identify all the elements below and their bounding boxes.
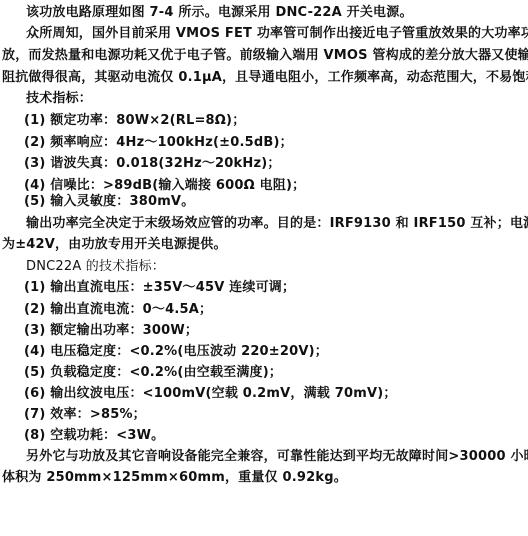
document-page: 该功放电路原理如图 7-4 所示。电源采用 DNC-22A 开关电源。 众所周知…: [0, 0, 528, 536]
paragraph-compat-line-1: 另外它与功放及其它音响设备能完全兼容，可靠性能达到平均无故障时间>30000 小…: [26, 447, 528, 467]
paragraph-intro: 该功放电路原理如图 7-4 所示。电源采用 DNC-22A 开关电源。: [26, 3, 413, 23]
paragraph-vmos-line-2: 放，而发热量和电源功耗又优于电子管。前级输入端用 VMOS 管构成的差分放大器又…: [2, 46, 528, 66]
spec-heading: 技术指标：: [26, 89, 92, 109]
paragraph-output-line-2: 为±42V，由功放专用开关电源提供。: [2, 235, 227, 255]
dnc-spec-item-7: (7) 效率：>85%；: [24, 405, 146, 425]
dnc-spec-item-1: (1) 输出直流电压：±35V～45V 连续可调；: [24, 278, 295, 298]
dnc-spec-heading: DNC22A 的技术指标：: [26, 257, 165, 277]
paragraph-vmos-line-3: 阻抗做得很高，其驱动电流仅 0.1μA，且导通电阻小，工作频率高，动态范围大，不…: [2, 68, 528, 88]
dnc-spec-item-5: (5) 负载稳定度：<0.2%(由空载至满度)；: [24, 363, 282, 383]
paragraph-compat-line-2: 体积为 250mm×125mm×60mm，重量仅 0.92kg。: [2, 468, 347, 488]
spec-item-5: (5) 输入灵敏度：380mV。: [24, 192, 194, 212]
paragraph-vmos-line-1: 众所周知，国外目前采用 VMOS FET 功率管可制作出接近电子管重放效果的大功…: [26, 24, 528, 44]
spec-item-3: (3) 谐波失真：0.018(32Hz～20kHz)；: [24, 154, 281, 174]
dnc-spec-item-8: (8) 空载功耗：<3W。: [24, 426, 164, 446]
dnc-spec-item-6: (6) 输出纹波电压：<100mV(空载 0.2mV，满载 70mV)；: [24, 384, 397, 404]
paragraph-output-line-1: 输出功率完全决定于末级场效应管的功率。目的是：IRF9130 和 IRF150 …: [26, 214, 528, 234]
spec-item-2: (2) 频率响应：4Hz～100kHz(±0.5dB)；: [24, 133, 293, 153]
spec-item-1: (1) 额定功率：80W×2(RL=8Ω)；: [24, 111, 245, 131]
dnc-spec-item-4: (4) 电压稳定度：<0.2%(电压波动 220±20V)；: [24, 342, 328, 362]
dnc-spec-item-2: (2) 输出直流电流：0～4.5A；: [24, 300, 212, 320]
dnc-spec-item-3: (3) 额定输出功率：300W；: [24, 321, 198, 341]
